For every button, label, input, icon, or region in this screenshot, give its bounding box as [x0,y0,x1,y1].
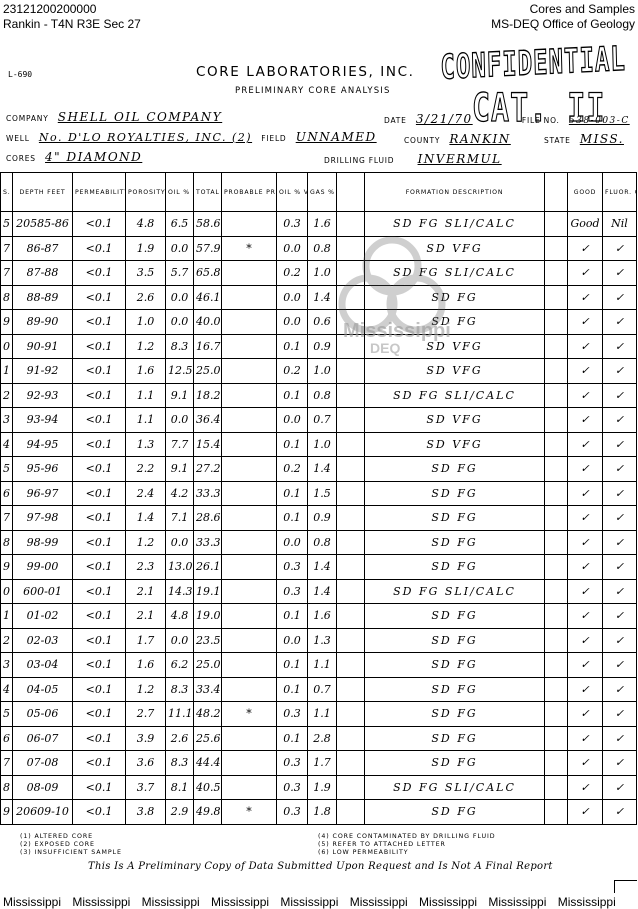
form-subtitle: PRELIMINARY CORE ANALYSIS [235,86,391,96]
permeability-cell: <0.1 [73,236,126,261]
formation-description-cell: SD FG SLI/CALC [365,261,545,286]
table-row: 505-06<0.12.711.148.2*0.31.1SD FG✓✓ [1,702,637,727]
oil-vol-cell: 0.3 [277,800,308,825]
fluorescence-cell: ✓ [603,432,637,457]
formation-description-cell: SD FG [365,751,545,776]
oil-pore-cell: 2.6 [166,726,194,751]
good-cell: ✓ [568,334,603,359]
water-pore-cell: 65.8 [194,261,222,286]
gas-vol-cell: 1.0 [308,261,337,286]
porosity-cell: 1.6 [126,653,166,678]
good-cell: ✓ [568,359,603,384]
oil-vol-cell: 0.0 [277,236,308,261]
porosity-cell: 2.1 [126,604,166,629]
porosity-cell: 3.9 [126,726,166,751]
company-label: COMPANY [6,114,49,123]
blank-cell [337,432,365,457]
depth-cell: 600-01 [13,579,73,604]
water-pore-cell: 18.2 [194,383,222,408]
legend-right: (4) CORE CONTAMINATED BY DRILLING FLUID … [318,833,495,857]
table-row: 797-98<0.11.47.128.60.10.9SD FG✓✓ [1,506,637,531]
gas-vol-cell: 0.7 [308,408,337,433]
water-pore-cell: 36.4 [194,408,222,433]
oil-vol-cell: 0.1 [277,334,308,359]
blank-cell-2 [545,702,568,727]
formation-description-cell: SD FG SLI/CALC [365,579,545,604]
blank-cell [337,628,365,653]
table-row: 090-91<0.11.28.316.70.10.9SD VFG✓✓ [1,334,637,359]
table-row: 303-04<0.11.66.225.00.11.1SD FG✓✓ [1,653,637,678]
oil-vol-cell: 0.0 [277,628,308,653]
table-row: 191-92<0.11.612.525.00.21.0SD VFG✓✓ [1,359,637,384]
sample-index: 6 [1,481,13,506]
oil-vol-cell: 0.3 [277,555,308,580]
blank-cell [337,677,365,702]
sample-index: 1 [1,359,13,384]
water-pore-cell: 48.2 [194,702,222,727]
gas-vol-cell: 1.4 [308,555,337,580]
permeability-cell: <0.1 [73,775,126,800]
depth-cell: 05-06 [13,702,73,727]
production-cell [222,628,277,653]
permeability-cell: <0.1 [73,310,126,335]
oil-pore-cell: 6.5 [166,212,194,237]
permeability-cell: <0.1 [73,408,126,433]
company-value: SHELL OIL COMPANY [58,110,222,124]
production-cell [222,261,277,286]
water-pore-cell: 57.9 [194,236,222,261]
sample-index: 3 [1,408,13,433]
production-cell [222,481,277,506]
col-sample: S. [1,173,13,212]
gas-vol-cell: 1.4 [308,579,337,604]
sample-index: 7 [1,751,13,776]
depth-cell: 94-95 [13,432,73,457]
oil-pore-cell: 9.1 [166,383,194,408]
fluorescence-cell: Nil [603,212,637,237]
oil-vol-cell: 0.1 [277,653,308,678]
production-cell [222,383,277,408]
oil-vol-cell: 0.2 [277,261,308,286]
cores-label: CORES [6,154,36,163]
good-cell: ✓ [568,555,603,580]
oil-pore-cell: 0.0 [166,285,194,310]
gas-vol-cell: 0.9 [308,506,337,531]
water-pore-cell: 46.1 [194,285,222,310]
formation-description-cell: SD FG [365,702,545,727]
col-gas-vol: GAS % VOL [308,173,337,212]
fluorescence-cell: ✓ [603,530,637,555]
table-row: 404-05<0.11.28.333.40.10.7SD FG✓✓ [1,677,637,702]
oil-pore-cell: 9.1 [166,457,194,482]
formation-description-cell: SD FG [365,555,545,580]
blank-cell [337,236,365,261]
county-row: COUNTY RANKIN STATE MISS. [404,132,630,146]
fluorescence-cell: ✓ [603,310,637,335]
gas-vol-cell: 1.1 [308,702,337,727]
fluorescence-cell: ✓ [603,677,637,702]
formation-description-cell: SD VFG [365,359,545,384]
permeability-cell: <0.1 [73,555,126,580]
water-pore-cell: 19.0 [194,604,222,629]
well-value: No. D'LO ROYALTIES, INC. (2) [39,131,252,144]
well-label: WELL [6,134,30,143]
table-row: 920609-10<0.13.82.949.8*0.31.8SD FG✓✓ [1,800,637,825]
good-cell: ✓ [568,775,603,800]
porosity-cell: 1.2 [126,677,166,702]
table-row: 606-07<0.13.92.625.60.12.8SD FG✓✓ [1,726,637,751]
water-pore-cell: 25.0 [194,359,222,384]
oil-pore-cell: 0.0 [166,628,194,653]
gas-vol-cell: 0.7 [308,677,337,702]
depth-cell: 20585-86 [13,212,73,237]
good-cell: Good [568,212,603,237]
oil-pore-cell: 14.3 [166,579,194,604]
formation-description-cell: SD VFG [365,408,545,433]
blank-cell-2 [545,555,568,580]
blank-cell [337,408,365,433]
legend-item: (4) CORE CONTAMINATED BY DRILLING FLUID [318,833,495,841]
good-cell: ✓ [568,653,603,678]
permeability-cell: <0.1 [73,702,126,727]
oil-vol-cell: 0.0 [277,530,308,555]
porosity-cell: 1.6 [126,359,166,384]
oil-pore-cell: 4.8 [166,604,194,629]
oil-vol-cell: 0.0 [277,310,308,335]
formation-description-cell: SD FG [365,653,545,678]
gas-vol-cell: 0.8 [308,383,337,408]
gas-vol-cell: 0.9 [308,334,337,359]
water-pore-cell: 33.3 [194,530,222,555]
porosity-cell: 1.1 [126,383,166,408]
depth-cell: 07-08 [13,751,73,776]
sample-index: 1 [1,604,13,629]
county-label: COUNTY [404,136,440,145]
fluorescence-cell: ✓ [603,481,637,506]
confidential-stamp: CONFIDENTIAL [440,39,626,87]
water-pore-cell: 33.4 [194,677,222,702]
good-cell: ✓ [568,261,603,286]
gas-vol-cell: 1.3 [308,628,337,653]
porosity-cell: 1.9 [126,236,166,261]
blank-cell-2 [545,579,568,604]
permeability-cell: <0.1 [73,726,126,751]
oil-vol-cell: 0.1 [277,677,308,702]
porosity-cell: 3.6 [126,751,166,776]
depth-cell: 06-07 [13,726,73,751]
table-header-row: S. DEPTH FEET PERMEABILITY MILLIDARCYS P… [1,173,637,212]
oil-vol-cell: 0.1 [277,726,308,751]
water-pore-cell: 15.4 [194,432,222,457]
permeability-cell: <0.1 [73,359,126,384]
blank-cell-2 [545,604,568,629]
porosity-cell: 1.1 [126,408,166,433]
blank-cell-2 [545,359,568,384]
field-label: FIELD [261,134,286,143]
sample-index: 4 [1,432,13,457]
production-cell [222,775,277,800]
production-cell: * [222,702,277,727]
table-row: 888-89<0.12.60.046.10.01.4SD FG✓✓ [1,285,637,310]
sample-index: 3 [1,653,13,678]
date-row: DATE 3/21/70 FILE NO. 538-003-C [384,112,636,126]
porosity-cell: 1.4 [126,506,166,531]
production-cell [222,285,277,310]
porosity-cell: 2.7 [126,702,166,727]
good-cell: ✓ [568,579,603,604]
depth-cell: 96-97 [13,481,73,506]
sample-index: 4 [1,677,13,702]
gas-vol-cell: 0.6 [308,310,337,335]
sample-index: 7 [1,236,13,261]
water-pore-cell: 28.6 [194,506,222,531]
legend-item: (1) ALTERED CORE [20,833,122,841]
production-cell [222,726,277,751]
formation-description-cell: SD FG [365,677,545,702]
formation-description-cell: SD FG SLI/CALC [365,383,545,408]
col-production: PROBABLE PRODUCTION [222,173,277,212]
porosity-cell: 3.7 [126,775,166,800]
good-cell: ✓ [568,604,603,629]
table-row: 202-03<0.11.70.023.50.01.3SD FG✓✓ [1,628,637,653]
gas-vol-cell: 1.4 [308,457,337,482]
gas-vol-cell: 1.9 [308,775,337,800]
formation-description-cell: SD FG [365,726,545,751]
col-oil-vol: OIL % VOL [277,173,308,212]
sample-index: 8 [1,530,13,555]
depth-cell: 91-92 [13,359,73,384]
gas-vol-cell: 1.0 [308,432,337,457]
sample-index: 7 [1,506,13,531]
fluorescence-cell: ✓ [603,383,637,408]
blank-cell [337,212,365,237]
porosity-cell: 2.6 [126,285,166,310]
blank-cell-2 [545,236,568,261]
blank-cell-2 [545,481,568,506]
oil-pore-cell: 2.9 [166,800,194,825]
agency-name: MS-DEQ Office of Geology [491,17,635,32]
oil-vol-cell: 0.3 [277,702,308,727]
oil-pore-cell: 8.3 [166,677,194,702]
drilling-fluid-label: DRILLING FLUID [324,156,394,165]
collection-name: Cores and Samples [491,2,635,17]
good-cell: ✓ [568,800,603,825]
good-cell: ✓ [568,481,603,506]
fluorescence-cell: ✓ [603,579,637,604]
porosity-cell: 2.4 [126,481,166,506]
table-row: 989-90<0.11.00.040.00.00.6SD FG✓✓ [1,310,637,335]
oil-vol-cell: 0.2 [277,359,308,384]
depth-cell: 88-89 [13,285,73,310]
depth-cell: 89-90 [13,310,73,335]
sample-index: 5 [1,457,13,482]
blank-cell-2 [545,334,568,359]
formation-description-cell: SD FG [365,310,545,335]
permeability-cell: <0.1 [73,285,126,310]
formation-description-cell: SD FG [365,285,545,310]
production-cell [222,457,277,482]
good-cell: ✓ [568,432,603,457]
disclaimer-text: This Is A Preliminary Copy of Data Submi… [88,861,553,872]
sample-index: 2 [1,628,13,653]
depth-cell: 99-00 [13,555,73,580]
fluorescence-cell: ✓ [603,604,637,629]
formation-description-cell: SD VFG [365,236,545,261]
oil-pore-cell: 0.0 [166,310,194,335]
blank-cell-2 [545,432,568,457]
permeability-cell: <0.1 [73,457,126,482]
good-cell: ✓ [568,530,603,555]
legend-item: (5) REFER TO ATTACHED LETTER [318,841,495,849]
table-row: 494-95<0.11.37.715.40.11.0SD VFG✓✓ [1,432,637,457]
oil-pore-cell: 8.3 [166,334,194,359]
blank-cell [337,261,365,286]
gas-vol-cell: 1.6 [308,212,337,237]
porosity-cell: 2.1 [126,579,166,604]
blank-cell-2 [545,383,568,408]
production-cell [222,212,277,237]
col-oil-pore: OIL % PORE [166,173,194,212]
table-row: 292-93<0.11.19.118.20.10.8SD FG SLI/CALC… [1,383,637,408]
blank-cell [337,334,365,359]
formation-description-cell: SD FG [365,457,545,482]
blank-cell [337,702,365,727]
porosity-cell: 1.7 [126,628,166,653]
sample-index: 8 [1,285,13,310]
gas-vol-cell: 1.5 [308,481,337,506]
formation-description-cell: SD FG [365,800,545,825]
oil-pore-cell: 0.0 [166,530,194,555]
gas-vol-cell: 0.8 [308,530,337,555]
cores-value: 4" DIAMOND [45,150,142,164]
fluorescence-cell: ✓ [603,800,637,825]
sample-index: 6 [1,726,13,751]
water-pore-cell: 25.0 [194,653,222,678]
water-pore-cell: 25.6 [194,726,222,751]
water-pore-cell: 23.5 [194,628,222,653]
good-cell: ✓ [568,310,603,335]
fluorescence-cell: ✓ [603,359,637,384]
col-depth: DEPTH FEET [13,173,73,212]
sample-index: 9 [1,555,13,580]
fluorescence-cell: ✓ [603,334,637,359]
permeability-cell: <0.1 [73,506,126,531]
production-cell [222,604,277,629]
table-row: 787-88<0.13.55.765.80.21.0SD FG SLI/CALC… [1,261,637,286]
fluorescence-cell: ✓ [603,751,637,776]
blank-cell [337,775,365,800]
legend-item: (2) EXPOSED CORE [20,841,122,849]
porosity-cell: 1.2 [126,334,166,359]
production-cell: * [222,236,277,261]
depth-cell: 86-87 [13,236,73,261]
blank-cell-2 [545,800,568,825]
porosity-cell: 1.0 [126,310,166,335]
fluorescence-cell: ✓ [603,555,637,580]
table-row: 520585-86<0.14.86.558.60.31.6SD FG SLI/C… [1,212,637,237]
blank-cell-2 [545,261,568,286]
fluorescence-cell: ✓ [603,775,637,800]
permeability-cell: <0.1 [73,481,126,506]
col-blank-2 [545,173,568,212]
production-cell [222,432,277,457]
oil-vol-cell: 0.0 [277,285,308,310]
permeability-cell: <0.1 [73,653,126,678]
oil-vol-cell: 0.3 [277,212,308,237]
col-formation: FORMATION DESCRIPTION [365,173,545,212]
good-cell: ✓ [568,628,603,653]
blank-cell [337,359,365,384]
production-cell [222,359,277,384]
good-cell: ✓ [568,383,603,408]
col-fluor: FLUOR. CERT. [603,173,637,212]
blank-cell [337,555,365,580]
form-title: CORE LABORATORIES, INC. [196,64,415,80]
water-pore-cell: 33.3 [194,481,222,506]
depth-cell: 92-93 [13,383,73,408]
oil-vol-cell: 0.3 [277,775,308,800]
fluorescence-cell: ✓ [603,628,637,653]
oil-pore-cell: 0.0 [166,408,194,433]
sample-index: 7 [1,261,13,286]
depth-cell: 87-88 [13,261,73,286]
permeability-cell: <0.1 [73,628,126,653]
drilling-fluid-value: INVERMUL [418,152,502,166]
blank-cell-2 [545,506,568,531]
fluorescence-cell: ✓ [603,261,637,286]
depth-cell: 97-98 [13,506,73,531]
permeability-cell: <0.1 [73,579,126,604]
table-row: 786-87<0.11.90.057.9*0.00.8SD VFG✓✓ [1,236,637,261]
good-cell: ✓ [568,236,603,261]
county-value: RANKIN [449,132,510,146]
state-value: MISS. [580,132,624,146]
blank-cell-2 [545,726,568,751]
permeability-cell: <0.1 [73,751,126,776]
production-cell [222,334,277,359]
good-cell: ✓ [568,751,603,776]
porosity-cell: 4.8 [126,212,166,237]
good-cell: ✓ [568,702,603,727]
good-cell: ✓ [568,408,603,433]
lab-number: L-690 [8,70,32,79]
permeability-cell: <0.1 [73,212,126,237]
gas-vol-cell: 1.0 [308,359,337,384]
oil-pore-cell: 13.0 [166,555,194,580]
table-row: 0600-01<0.12.114.319.10.31.4SD FG SLI/CA… [1,579,637,604]
fluorescence-cell: ✓ [603,726,637,751]
field-value: UNNAMED [296,130,377,144]
table-row: 101-02<0.12.14.819.00.11.6SD FG✓✓ [1,604,637,629]
blank-cell [337,383,365,408]
blank-cell-2 [545,408,568,433]
permeability-cell: <0.1 [73,800,126,825]
fluorescence-cell: ✓ [603,285,637,310]
depth-cell: 90-91 [13,334,73,359]
table-row: 393-94<0.11.10.036.40.00.7SD VFG✓✓ [1,408,637,433]
porosity-cell: 1.2 [126,530,166,555]
fluorescence-cell: ✓ [603,702,637,727]
production-cell [222,530,277,555]
drilling-fluid-row: DRILLING FLUID INVERMUL [324,152,508,166]
good-cell: ✓ [568,726,603,751]
sample-index: 0 [1,579,13,604]
table-row: 999-00<0.12.313.026.10.31.4SD FG✓✓ [1,555,637,580]
table-row: 707-08<0.13.68.344.40.31.7SD FG✓✓ [1,751,637,776]
production-cell [222,653,277,678]
oil-pore-cell: 4.2 [166,481,194,506]
blank-cell-2 [545,775,568,800]
